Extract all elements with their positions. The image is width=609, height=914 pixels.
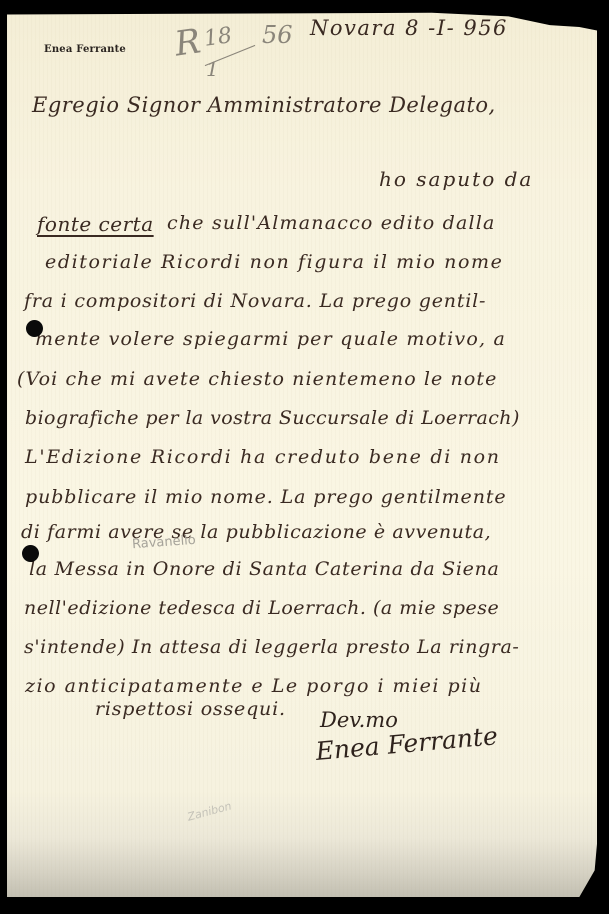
body-line-3: editoriale Ricordi non figura il mio nom… [45, 251, 503, 273]
body-line-8: L'Edizione Ricordi ha creduto bene di no… [25, 446, 501, 468]
body-line-4: fra i compositori di Novara. La prego ge… [24, 290, 486, 312]
letterhead: Enea Ferrante [44, 44, 126, 55]
body-line-1: ho saputo da [379, 167, 533, 191]
body-line-7: biografiche per la vostra Succursale di … [25, 407, 520, 429]
body-line-10: di farmi avere se la pubblicazione è avv… [21, 521, 491, 543]
pencil-annotation-zanibon: Zanibon [186, 799, 233, 823]
body-line-9: pubblicare il mio nome. La prego gentilm… [25, 486, 507, 508]
place-date: Novara 8 -I- 956 [310, 16, 508, 40]
closing: Dev.mo [320, 708, 398, 732]
pencil-annotation-ravanello: Ravanello [132, 533, 197, 552]
punch-hole-lower [22, 545, 39, 562]
body-line-6: (Voi che mi avete chiesto nientemeno le … [17, 368, 498, 390]
archive-mark-fraction-bottom: 1 [206, 57, 219, 81]
archive-mark-prefix: R [172, 21, 203, 64]
body-line-11: la Messa in Onore di Santa Caterina da S… [29, 558, 500, 580]
salutation: Egregio Signor Amministratore Delegato, [32, 93, 496, 117]
archive-mark-fraction-top: 18 [202, 23, 233, 52]
body-line-2: che sull'Almanacco edito dalla [167, 212, 496, 234]
body-line-12: nell'edizione tedesca di Loerrach. (a mi… [24, 597, 499, 619]
archive-mark-suffix: 56 [262, 21, 293, 49]
body-line-15: rispettosi ossequi. [95, 698, 286, 720]
body-line-13: s'intende) In attesa di leggerla presto … [24, 636, 519, 658]
body-emphasis-fonte-certa: fonte certa [37, 212, 154, 236]
archive-mark: R [172, 21, 203, 64]
letter-page: Enea Ferrante R 18 1 56 Novara 8 -I- 956… [7, 11, 597, 897]
punch-hole-upper [26, 320, 43, 337]
body-line-5: mente volere spiegarmi per quale motivo,… [35, 328, 506, 350]
body-line-14: zio anticipatamente e Le porgo i miei pi… [25, 675, 483, 697]
